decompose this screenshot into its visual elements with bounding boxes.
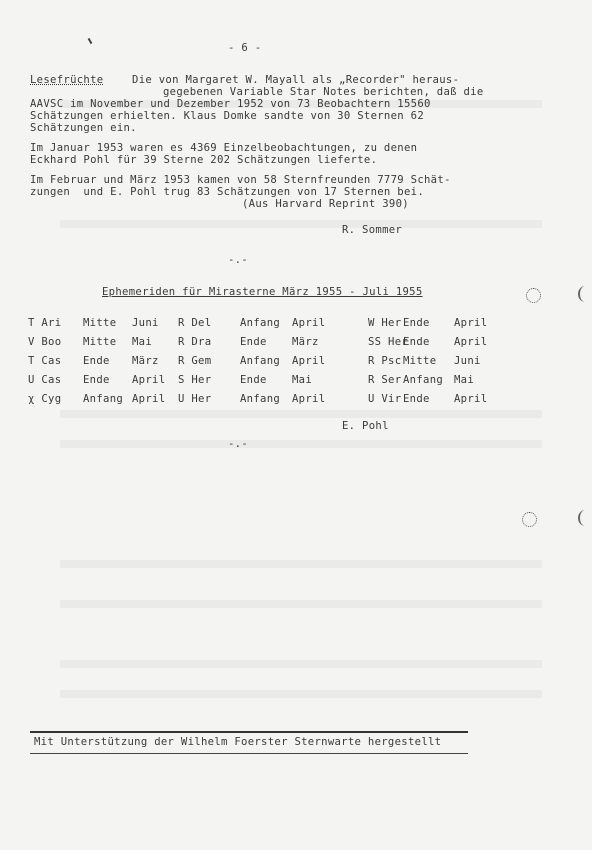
- cell: Mai: [454, 374, 474, 386]
- star-name: V Boo: [28, 336, 61, 348]
- page-number: - 6 -: [228, 42, 261, 54]
- star-name: R Del: [178, 317, 211, 329]
- star-name: U Her: [178, 393, 211, 405]
- cell: Juni: [132, 317, 159, 329]
- cell: Ende: [403, 336, 430, 348]
- ink-mark: [88, 38, 93, 44]
- star-name: W Her: [368, 317, 401, 329]
- text-line: Im Februar und März 1953 kamen von 58 St…: [30, 174, 451, 186]
- cell: Ende: [240, 374, 267, 386]
- star-name: U Vir: [368, 393, 401, 405]
- table-row: χ CygAnfangAprilU HerAnfangAprilU VirEnd…: [28, 393, 498, 412]
- separator: -.-: [228, 438, 248, 450]
- star-name: R Dra: [178, 336, 211, 348]
- cell: April: [132, 374, 165, 386]
- cell: April: [454, 336, 487, 348]
- cell: Mitte: [403, 355, 436, 367]
- star-name: S Her: [178, 374, 211, 386]
- bleed-through: [60, 220, 542, 228]
- cell: April: [292, 393, 325, 405]
- cell: Ende: [403, 393, 430, 405]
- table-title: Ephemeriden für Mirasterne März 1955 - J…: [102, 286, 423, 298]
- star-name: T Ari: [28, 317, 61, 329]
- cell: Anfang: [240, 317, 280, 329]
- text-line: zungen und E. Pohl trug 83 Schätzungen v…: [30, 186, 424, 198]
- table-row: V BooMitteMaiR DraEndeMärzSS HerEndeApri…: [28, 336, 498, 355]
- punch-hole-icon: [526, 288, 541, 303]
- cell: Ende: [83, 355, 110, 367]
- text-line: AAVSC im November und Dezember 1952 von …: [30, 98, 431, 110]
- author-signature: E. Pohl: [342, 420, 389, 432]
- bleed-through: [60, 560, 542, 568]
- cell: Mitte: [83, 336, 116, 348]
- star-name: T Cas: [28, 355, 61, 367]
- footer-text: Mit Unterstützung der Wilhelm Foerster S…: [34, 736, 441, 748]
- star-name: R Gem: [178, 355, 211, 367]
- cell: Mai: [292, 374, 312, 386]
- cell: April: [454, 393, 487, 405]
- bleed-through: [60, 690, 542, 698]
- cell: Anfang: [83, 393, 123, 405]
- bleed-through: [60, 440, 542, 448]
- text-line: Schätzungen ein.: [30, 122, 137, 134]
- ephemeris-table: T AriMitteJuniR DelAnfangAprilW HerEndeA…: [28, 317, 498, 412]
- cell: Ende: [403, 317, 430, 329]
- cell: Ende: [83, 374, 110, 386]
- punch-hole-edge-icon: [578, 286, 592, 302]
- table-row: T CasEndeMärzR GemAnfangAprilR PscMitteJ…: [28, 355, 498, 374]
- cell: März: [292, 336, 319, 348]
- cell: April: [292, 317, 325, 329]
- star-name: R Ser: [368, 374, 401, 386]
- document-page: - 6 - Lesefrüchte Die von Margaret W. Ma…: [0, 0, 592, 850]
- section-heading: Lesefrüchte: [30, 74, 103, 86]
- cell: Anfang: [403, 374, 443, 386]
- cell: April: [132, 393, 165, 405]
- text-line: Im Januar 1953 waren es 4369 Einzelbeoba…: [30, 142, 417, 154]
- star-name: χ Cyg: [28, 393, 61, 405]
- separator: -.-: [228, 254, 248, 266]
- cell: Ende: [240, 336, 267, 348]
- table-row: U CasEndeAprilS HerEndeMaiR SerAnfangMai: [28, 374, 498, 393]
- text-line: Schätzungen erhielten. Klaus Domke sandt…: [30, 110, 424, 122]
- bleed-through: [60, 600, 542, 608]
- star-name: R Psc: [368, 355, 401, 367]
- punch-hole-icon: [522, 512, 537, 527]
- cell: April: [454, 317, 487, 329]
- cell: Anfang: [240, 355, 280, 367]
- cell: März: [132, 355, 159, 367]
- text-line: Die von Margaret W. Mayall als „Recorder…: [112, 74, 459, 86]
- cell: Anfang: [240, 393, 280, 405]
- text-line: Eckhard Pohl für 39 Sterne 202 Schätzung…: [30, 154, 377, 166]
- star-name: U Cas: [28, 374, 61, 386]
- cell: April: [292, 355, 325, 367]
- source-citation: (Aus Harvard Reprint 390): [242, 198, 409, 210]
- cell: Mai: [132, 336, 152, 348]
- bleed-through: [60, 660, 542, 668]
- author-signature: R. Sommer: [342, 224, 402, 236]
- cell: Mitte: [83, 317, 116, 329]
- footer-banner: Mit Unterstützung der Wilhelm Foerster S…: [30, 731, 468, 754]
- cell: Juni: [454, 355, 481, 367]
- punch-hole-edge-icon: [578, 510, 592, 526]
- table-row: T AriMitteJuniR DelAnfangAprilW HerEndeA…: [28, 317, 498, 336]
- text-line: gegebenen Variable Star Notes berichten,…: [163, 86, 484, 98]
